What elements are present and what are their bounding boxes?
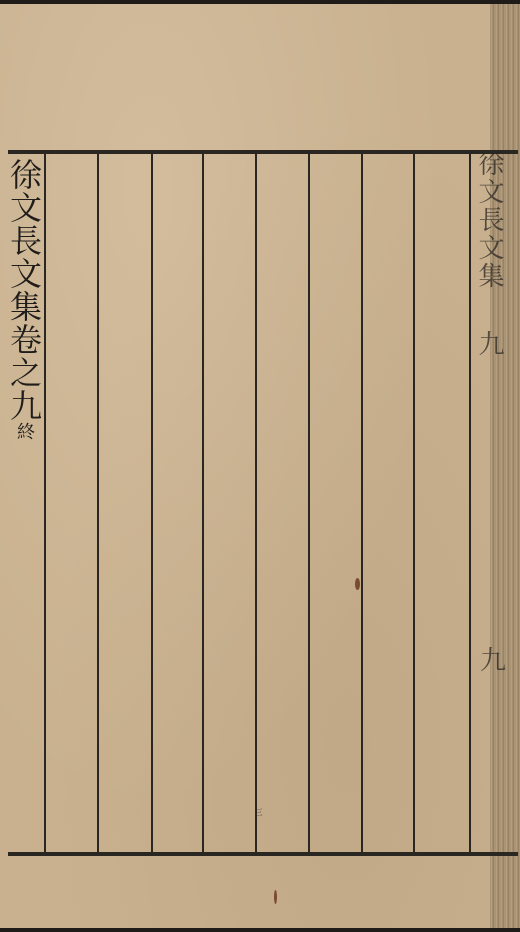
volume-title-column: 徐文長文集卷之九終 [6, 158, 42, 441]
column-rule [308, 153, 310, 852]
fold-margin-folio: 九 [480, 640, 506, 677]
book-page [0, 4, 496, 928]
ink-stain [355, 578, 360, 590]
column-rule [44, 153, 46, 852]
bottom-frame-border [8, 852, 518, 856]
page-stack-edge [490, 4, 520, 928]
block-carver-mark: 三 [253, 808, 264, 816]
ink-stain [274, 890, 277, 904]
column-rule [255, 153, 257, 852]
column-rule [413, 153, 415, 852]
fold-margin-title: 徐文長文集 [478, 150, 508, 290]
column-rule [97, 153, 99, 852]
column-rule [202, 153, 204, 852]
column-rule [151, 153, 153, 852]
fold-margin-volume: 九 [478, 330, 508, 358]
end-mark: 終 [14, 422, 35, 441]
column-rule [361, 153, 363, 852]
top-frame-border [8, 150, 518, 154]
volume-title: 徐文長文集卷之九 [5, 158, 43, 422]
